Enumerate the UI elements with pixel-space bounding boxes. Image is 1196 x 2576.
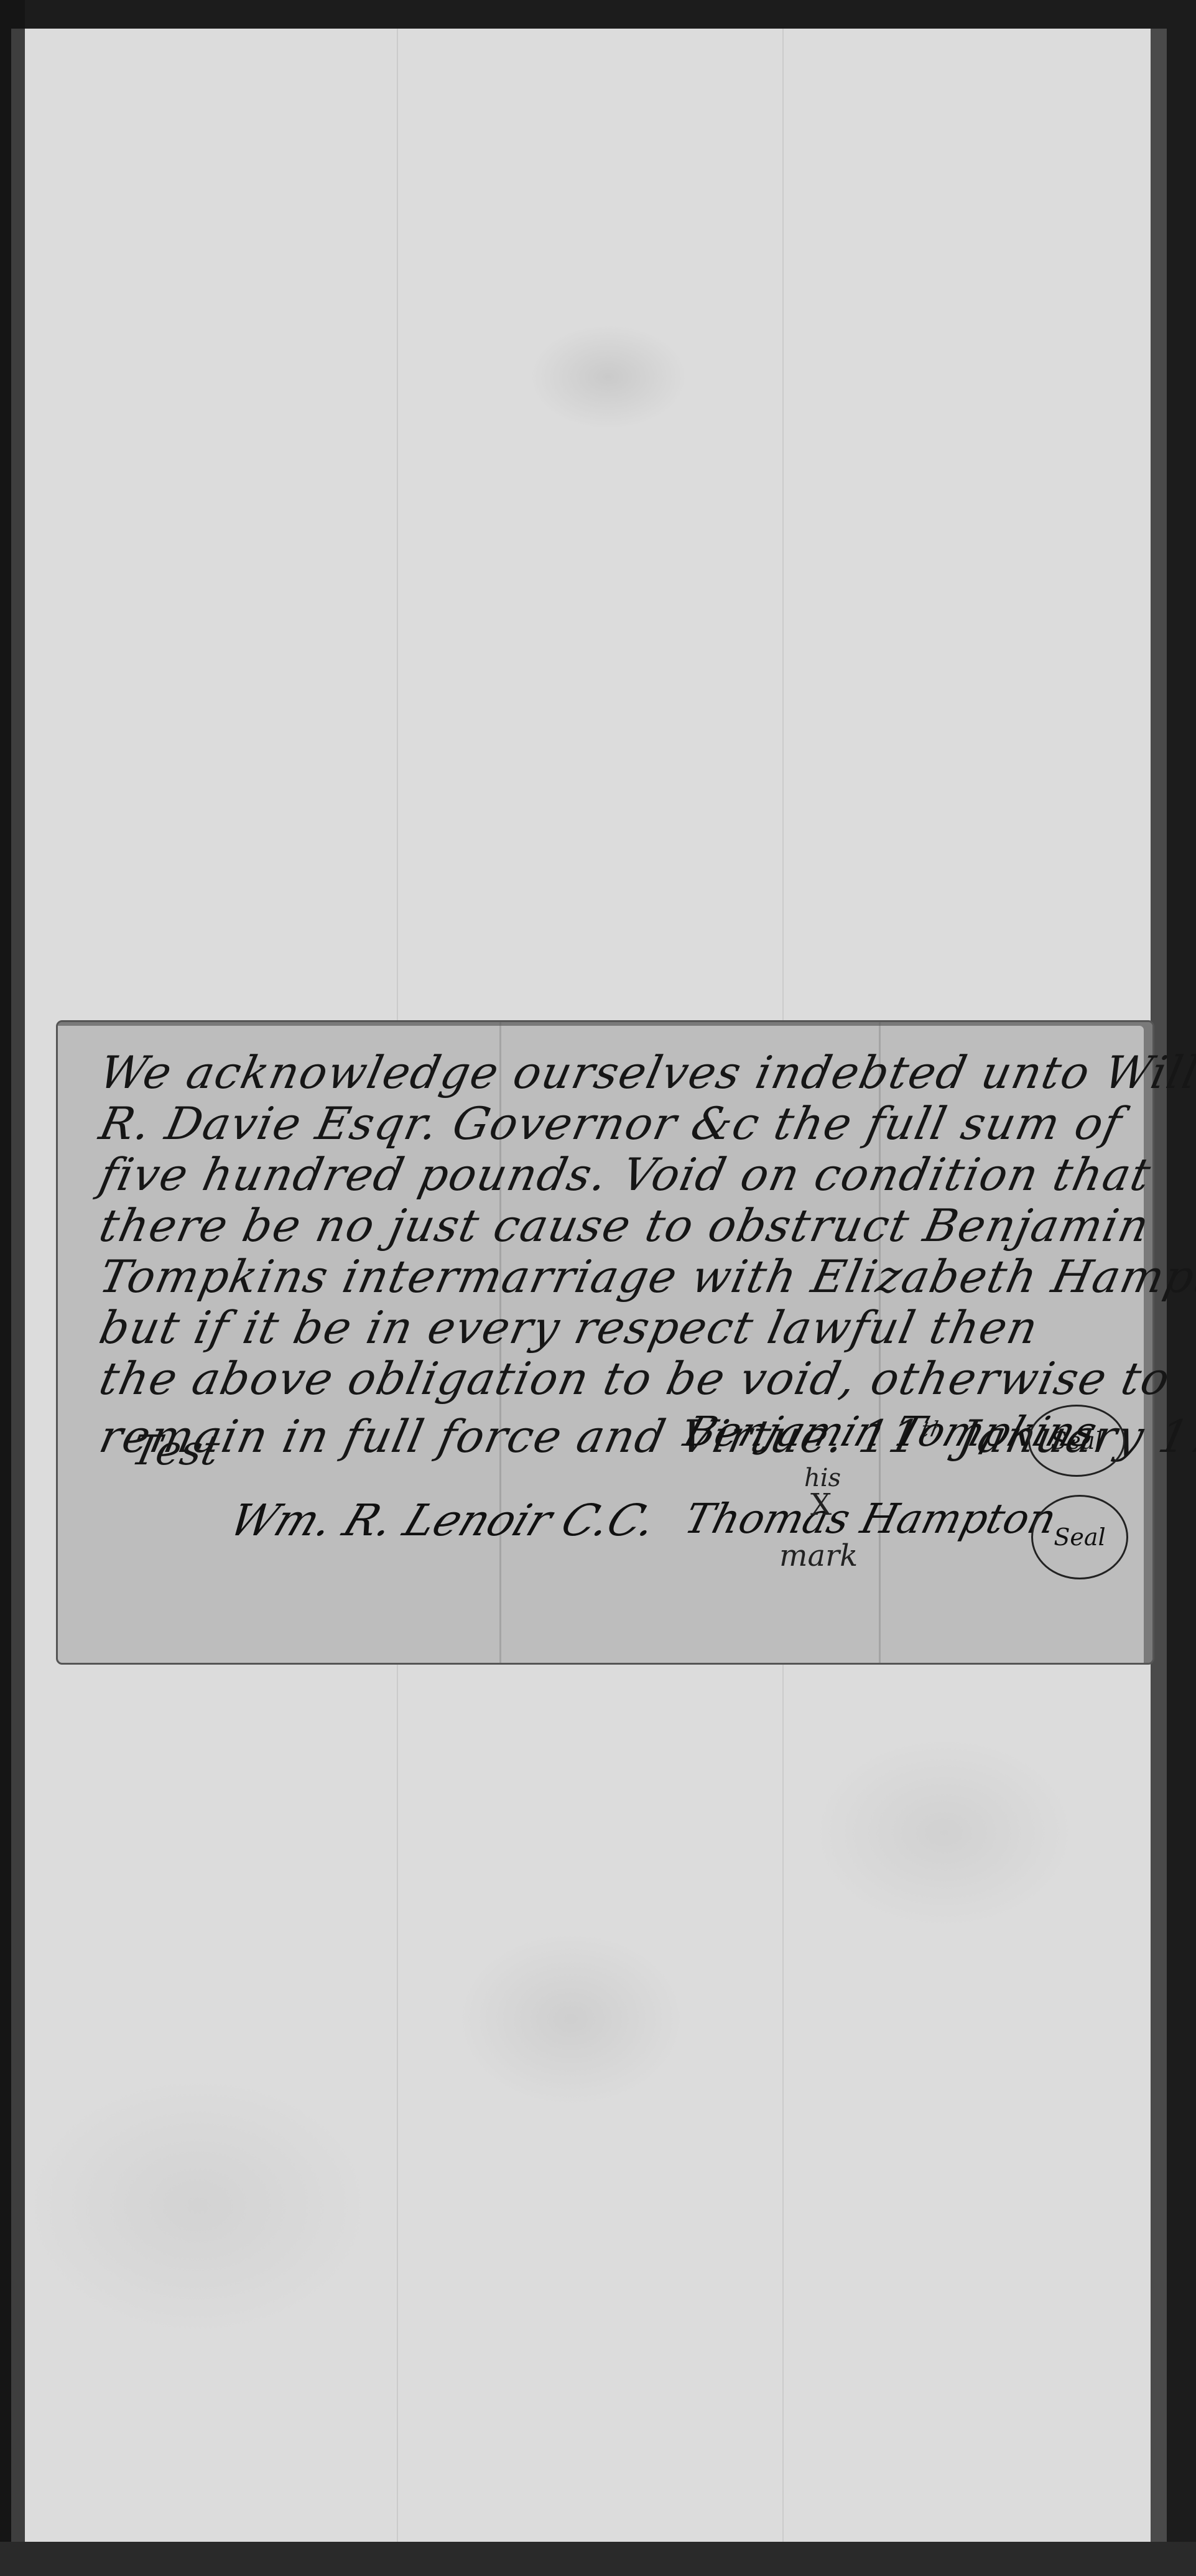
seal-label: Seal (1054, 1523, 1105, 1551)
signature-thomas-hampton: Thomas Hampton (680, 1495, 1061, 1543)
archive-page: We acknowledge ourselves indebted unto W… (11, 29, 1167, 2542)
body-line: Tompkins intermarriage with Elizabeth Ha… (95, 1251, 1138, 1302)
body-line: We acknowledge ourselves indebted unto W… (95, 1047, 1138, 1098)
body-line: the above obligation to be void, otherwi… (95, 1353, 1138, 1404)
seal-label: Seal (1050, 1427, 1102, 1454)
body-line: five hundred pounds. Void on condition t… (95, 1149, 1138, 1200)
seal-icon: Seal (1028, 1405, 1125, 1477)
cross-mark-icon: X (810, 1487, 832, 1522)
bond-body-text: We acknowledge ourselves indebted unto W… (95, 1047, 1128, 1462)
film-border-bottom (0, 2542, 1196, 2576)
body-line: but if it be in every respect lawful the… (95, 1302, 1138, 1353)
attest-label: Test (127, 1426, 224, 1474)
page-edge-left (11, 29, 25, 2542)
date-year: 1799 (1154, 1410, 1196, 1462)
body-line: there be no just cause to obstruct Benja… (95, 1200, 1138, 1251)
mark-label: mark (779, 1538, 858, 1573)
seal-icon: Seal (1031, 1495, 1128, 1579)
bond-document: We acknowledge ourselves indebted unto W… (56, 1020, 1154, 1665)
body-line: R. Davie Esqr. Governor &c the full sum … (95, 1098, 1138, 1149)
witness-signature: Wm. R. Lenoir C.C. (223, 1495, 664, 1546)
